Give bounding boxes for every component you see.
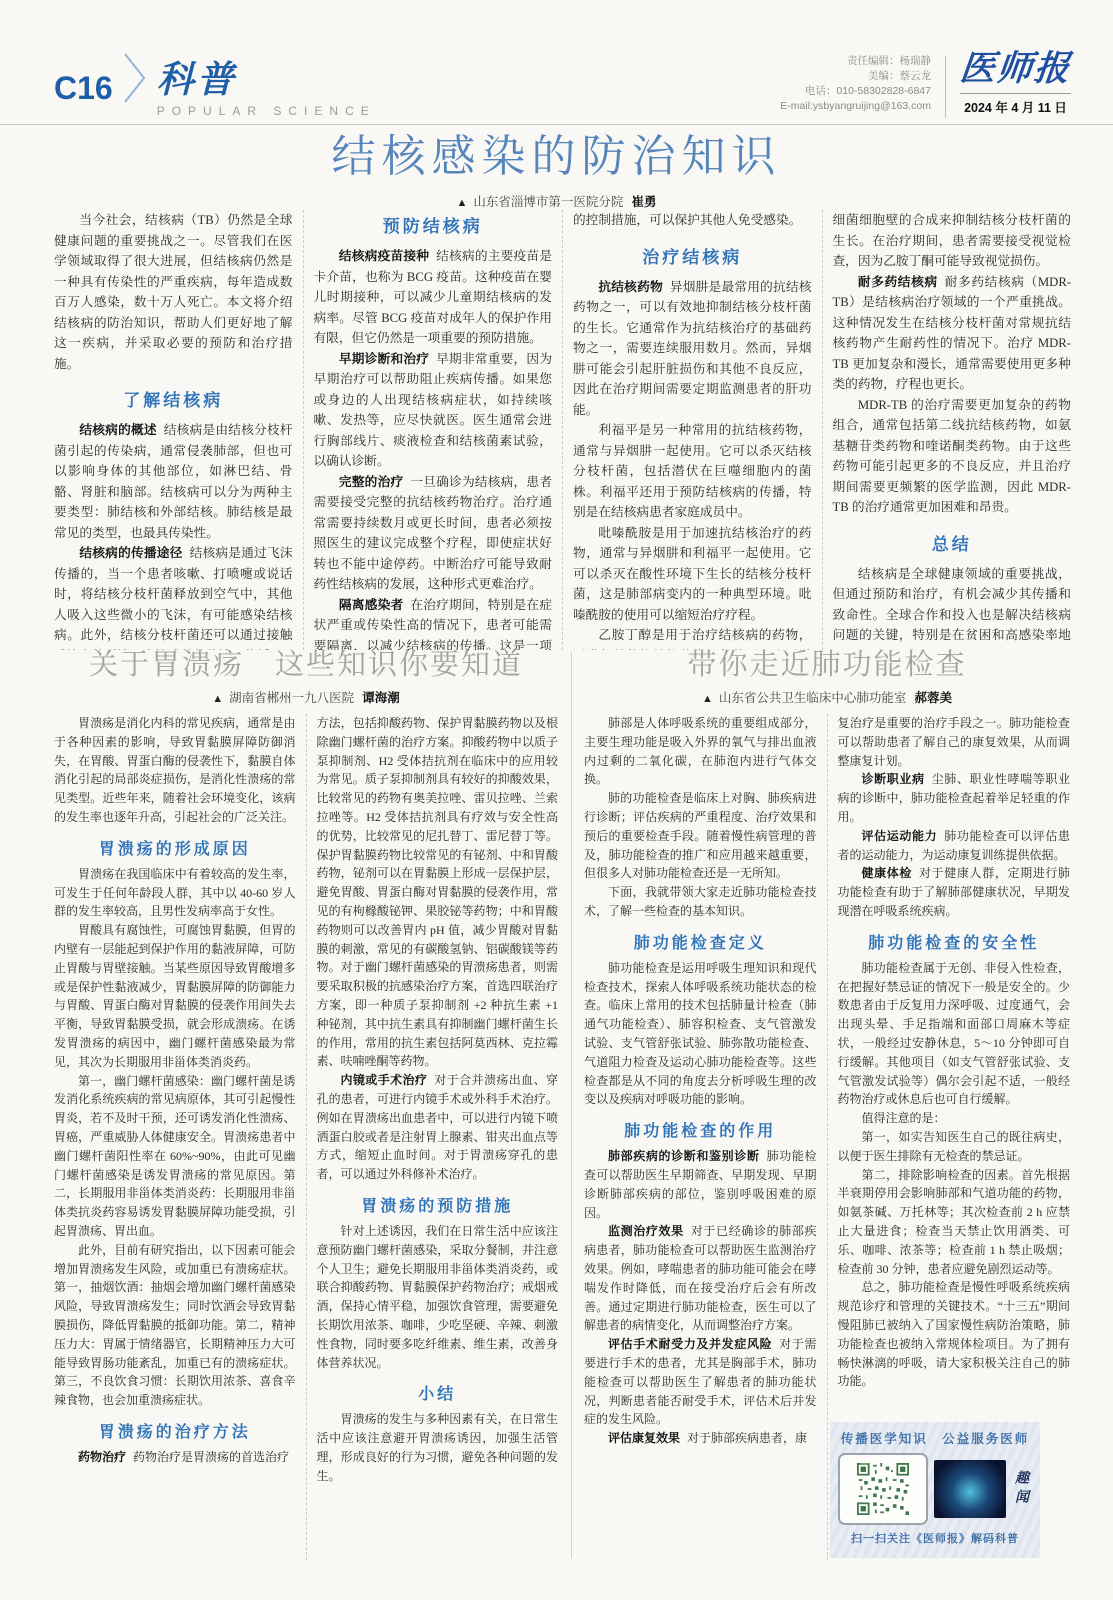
section-banner: C16 科普 POPULAR SCIENCE bbox=[54, 51, 376, 118]
paragraph-lead: 隔离感染者 bbox=[339, 598, 403, 612]
paragraph: 评估康复效果对于肺部疾病患者，康 bbox=[584, 1429, 817, 1448]
paragraph: 胃溃疡的发生与多种因素有关，在日常生活中应该注意避开胃溃疡诱因，加强生活管理，形… bbox=[317, 1410, 559, 1485]
paragraph: 耐多药结核病耐多药结核病（MDR-TB）是结核病治疗领域的一个严重挑战。这种情况… bbox=[833, 272, 1072, 395]
article-lung-header: 带你走近肺功能检查 ▲山东省公共卫生临床中心肺功能室郝蓉美 bbox=[584, 650, 1070, 706]
section-heading: 肺功能检查的安全性 bbox=[838, 930, 1071, 953]
phone-line: 电话：010-58302828-6847 bbox=[780, 84, 931, 99]
paragraph-lead: 结核病的传播途径 bbox=[79, 546, 182, 560]
article-lung-byline: ▲山东省公共卫生临床中心肺功能室郝蓉美 bbox=[584, 688, 1070, 706]
paragraph: 吡嗪酰胺是用于加速抗结核治疗的药物，通常与异烟肼和利福平一起使用。它可以杀灭在酸… bbox=[573, 523, 812, 626]
masthead-block: 责任编辑：杨瑞静 美编：蔡云龙 电话：010-58302828-6847 E-m… bbox=[780, 51, 1071, 118]
chevron-icon bbox=[123, 51, 147, 118]
video-thumbnail bbox=[934, 1460, 1006, 1518]
byline-triangle-icon: ▲ bbox=[457, 197, 468, 209]
paragraph: 胃溃疡是消化内科的常见疾病，通常是由于各种因素的影响，导致胃黏膜屏障防御消失，在… bbox=[54, 714, 296, 827]
paragraph: 胃酸具有腐蚀性，可腐蚀胃黏膜，但胃的内壁有一层能起到保护作用的黏液屏障，可防止胃… bbox=[54, 921, 296, 1071]
section-heading: 预防结核病 bbox=[314, 212, 553, 237]
text-column: 当今社会，结核病（TB）仍然是全球健康问题的重要挑战之一。尽管我们在医学领域取得… bbox=[54, 210, 293, 650]
header-divider bbox=[945, 56, 946, 118]
section-heading: 胃溃疡的治疗方法 bbox=[54, 1419, 296, 1442]
paragraph-lead: 监测治疗效果 bbox=[608, 1224, 684, 1238]
paragraph: 总之，肺功能检查是慢性呼吸系统疾病规范诊疗和管理的关键技术。“十三五”期间慢阻肺… bbox=[838, 1278, 1071, 1391]
paragraph: 第一，如实告知医生自己的既往病史，以便于医生排除有无检查的禁忌证。 bbox=[838, 1128, 1071, 1166]
byline-triangle-icon: ▲ bbox=[212, 693, 223, 705]
paragraph: 结核病是全球健康领域的重要挑战，但通过预防和治疗，有机会减少其传播和致命性。全球… bbox=[833, 564, 1072, 651]
paragraph-lead: 抗结核药物 bbox=[598, 280, 662, 294]
byline-author: 谭海潮 bbox=[362, 691, 400, 705]
paragraph: 健康体检对于健康人群，定期进行肺功能检查有助于了解肺部健康状况，早期发现潜在呼吸… bbox=[838, 864, 1071, 920]
paragraph: 肺部疾病的诊断和鉴别诊断肺功能检查可以帮助医生早期筛查、早期发现、早期诊断肺部疾… bbox=[584, 1147, 817, 1222]
qr-frame bbox=[838, 1453, 928, 1525]
paragraph: 结核病的概述结核病是由结核分枝杆菌引起的传染病，通常侵袭肺部，但也可以影响身体的… bbox=[54, 420, 293, 543]
paragraph-lead: 评估康复效果 bbox=[608, 1431, 680, 1445]
article-ulcer-body: 胃溃疡是消化内科的常见疾病，通常是由于各种因素的影响，导致胃黏膜屏障防御消失，在… bbox=[54, 714, 558, 1560]
paragraph-lead: 耐多药结核病 bbox=[858, 275, 938, 289]
header-rule bbox=[0, 124, 1113, 125]
paragraph-lead: 内镜或手术治疗 bbox=[341, 1073, 428, 1087]
section-heading: 了解结核病 bbox=[54, 386, 293, 411]
section-heading: 治疗结核病 bbox=[573, 243, 812, 268]
paragraph: 早期诊断和治疗早期非常重要，因为早期治疗可以帮助阻止疾病传播。如果您或身边的人出… bbox=[314, 349, 553, 472]
text-column: 预防结核病结核病疫苗接种结核病的主要疫苗是卡介苗，也称为 BCG 疫苗。这种疫苗… bbox=[303, 210, 553, 650]
paragraph: 肺部是人体呼吸系统的重要组成部分，主要生理功能是吸入外界的氧气与排出血液内过剩的… bbox=[584, 714, 817, 789]
paragraph-lead: 肺部疾病的诊断和鉴别诊断 bbox=[608, 1149, 760, 1163]
paragraph: 结核病的传播途径结核病是通过飞沫传播的，当一个患者咳嗽、打喷嚏或说话时，将结核分… bbox=[54, 543, 293, 650]
paragraph: 细菌细胞壁的合成来抑制结核分枝杆菌的生长。在治疗期间，患者需要接受视觉检查，因为… bbox=[833, 210, 1072, 272]
editor-line: 美编：蔡云龙 bbox=[780, 69, 931, 84]
paragraph: 评估手术耐受力及并发症风险对于需要进行手术的患者，尤其是胸部手术，肺功能检查可以… bbox=[584, 1335, 817, 1429]
text-column: 的控制措施，可以保护其他人免受感染。治疗结核病抗结核药物异烟肼是最常用的抗结核药… bbox=[562, 210, 812, 650]
paragraph-lead: 结核病的概述 bbox=[79, 423, 156, 437]
page-header: C16 科普 POPULAR SCIENCE 责任编辑：杨瑞静 美编：蔡云龙 电… bbox=[54, 48, 1071, 118]
byline-affiliation: 湖南省郴州一九八医院 bbox=[229, 691, 354, 705]
article-tb-byline: ▲山东省淄博市第一医院分院崔勇 bbox=[0, 192, 1113, 210]
paragraph: 乙胺丁醇是用于治疗结核病的药物，通常与其他抗结核药物一起使用。它通过干扰 bbox=[573, 625, 812, 650]
paragraph: 值得注意的是： bbox=[838, 1109, 1071, 1128]
text-column: 细菌细胞壁的合成来抑制结核分枝杆菌的生长。在治疗期间，患者需要接受视觉检查，因为… bbox=[822, 210, 1072, 650]
section-heading: 肺功能检查定义 bbox=[584, 930, 817, 953]
promo-side-label: 趣闻 bbox=[1012, 1470, 1032, 1508]
article-lung-title: 带你走近肺功能检查 bbox=[584, 650, 1070, 682]
byline-affiliation: 山东省淄博市第一医院分院 bbox=[473, 195, 623, 209]
paragraph: 此外，目前有研究指出，以下因素可能会增加胃溃疡发生风险，或加重已有溃疡症状。第一… bbox=[54, 1241, 296, 1410]
editor-info: 责任编辑：杨瑞静 美编：蔡云龙 电话：010-58302828-6847 E-m… bbox=[780, 54, 931, 118]
paragraph: 完整的治疗一旦确诊为结核病，患者需要接受完整的抗结核药物治疗。治疗通常需要持续数… bbox=[314, 472, 553, 595]
newspaper-logo: 医师报 bbox=[958, 51, 1073, 88]
paragraph: 方法，包括抑酸药物、保护胃黏膜药物以及根除幽门螺杆菌的治疗方案。抑酸药物中以质子… bbox=[317, 714, 559, 1071]
section-heading: 小结 bbox=[317, 1381, 559, 1404]
article-tb-title: 结核感染的防治知识 bbox=[0, 132, 1113, 183]
section-heading: 胃溃疡的形成原因 bbox=[54, 836, 296, 859]
paragraph: 当今社会，结核病（TB）仍然是全球健康问题的重要挑战之一。尽管我们在医学领域取得… bbox=[54, 210, 293, 374]
paragraph: 针对上述诱因，我们在日常生活中应该注意预防幽门螺杆菌感染，采取分餐制，并注意个人… bbox=[317, 1222, 559, 1372]
promo-caption: 扫一扫关注《医师报》解码科普 bbox=[836, 1530, 1034, 1546]
paragraph: 结核病疫苗接种结核病的主要疫苗是卡介苗，也称为 BCG 疫苗。这种疫苗在婴儿时期… bbox=[314, 246, 553, 349]
paragraph: 隔离感染者在治疗期间，特别是在症状严重或传染性高的情况下，患者可能需要隔离，以减… bbox=[314, 595, 553, 651]
paragraph: 药物治疗药物治疗是胃溃疡的首选治疗 bbox=[54, 1448, 296, 1467]
paragraph-lead: 评估运动能力 bbox=[862, 829, 938, 843]
paragraph-lead: 诊断职业病 bbox=[862, 772, 925, 786]
byline-author: 郝蓉美 bbox=[914, 691, 952, 705]
paragraph-lead: 健康体检 bbox=[862, 866, 913, 880]
paragraph: 胃溃疡在我国临床中有着较高的发生率，可发生于任何年龄段人群，其中以 40-60 … bbox=[54, 865, 296, 921]
paragraph: 第二，排除影响检查的因素。首先根据半衰期停用会影响肺部和气道功能的药物，如氨茶碱… bbox=[838, 1166, 1071, 1279]
newspaper-logo-block: 医师报 2024 年 4 月 11 日 bbox=[960, 51, 1071, 118]
article-divider bbox=[571, 652, 572, 1558]
byline-triangle-icon: ▲ bbox=[702, 693, 713, 705]
paragraph: 监测治疗效果对于已经确诊的肺部疾病患者，肺功能检查可以帮助医生监测治疗效果。例如… bbox=[584, 1222, 817, 1335]
paragraph: 评估运动能力肺功能检查可以评估患者的运动能力，为运动康复训练提供依据。 bbox=[838, 827, 1071, 865]
paragraph: 复治疗是重要的治疗手段之一。肺功能检查可以帮助患者了解自己的康复效果，从而调整康… bbox=[838, 714, 1071, 770]
qr-code-icon bbox=[857, 1463, 909, 1515]
paragraph: 利福平是另一种常用的抗结核药物，通常与异烟肼一起使用。它可以杀灭结核分枝杆菌，包… bbox=[573, 420, 812, 523]
section-heading: 胃溃疡的预防措施 bbox=[317, 1193, 559, 1216]
paragraph: 肺的功能检查是临床上对胸、肺疾病进行诊断；评估疾病的严重程度、治疗效果和预后的重… bbox=[584, 789, 817, 883]
page-number: C16 bbox=[54, 72, 113, 118]
section-heading: 肺功能检查的作用 bbox=[584, 1118, 817, 1141]
editor-line: 责任编辑：杨瑞静 bbox=[780, 54, 931, 69]
paragraph: 内镜或手术治疗对于合并溃疡出血、穿孔的患者，可进行内镜手术或外科手术治疗。例如在… bbox=[317, 1071, 559, 1184]
email-line: E-mail:ysbyangruijing@163.com bbox=[780, 99, 931, 114]
text-column: 肺部是人体呼吸系统的重要组成部分，主要生理功能是吸入外界的氧气与排出血液内过剩的… bbox=[584, 714, 817, 1560]
publication-date: 2024 年 4 月 11 日 bbox=[960, 93, 1071, 116]
paragraph-lead: 评估手术耐受力及并发症风险 bbox=[608, 1337, 772, 1351]
article-tb-header: 结核感染的防治知识 ▲山东省淄博市第一医院分院崔勇 bbox=[0, 132, 1113, 210]
paragraph-lead: 结核病疫苗接种 bbox=[339, 249, 429, 263]
paragraph: 抗结核药物异烟肼是最常用的抗结核药物之一，可以有效地抑制结核分枝杆菌的生长。它通… bbox=[573, 277, 812, 421]
article-tb-body: 当今社会，结核病（TB）仍然是全球健康问题的重要挑战之一。尽管我们在医学领域取得… bbox=[54, 210, 1071, 650]
paragraph: 第一，幽门螺杆菌感染：幽门螺杆菌是诱发消化系统疾病的常见病原体，其可引起慢性胃炎… bbox=[54, 1072, 296, 1241]
text-column: 胃溃疡是消化内科的常见疾病，通常是由于各种因素的影响，导致胃黏膜屏障防御消失，在… bbox=[54, 714, 296, 1560]
section-name-block: 科普 POPULAR SCIENCE bbox=[157, 61, 376, 118]
byline-author: 崔勇 bbox=[631, 195, 656, 209]
promo-title: 传播医学知识 公益服务医师 bbox=[836, 1429, 1034, 1447]
paragraph: 肺功能检查属于无创、非侵入性检查，在把握好禁忌证的情况下一般是安全的。少数患者由… bbox=[838, 959, 1071, 1109]
paragraph-lead: 完整的治疗 bbox=[339, 475, 403, 489]
byline-affiliation: 山东省公共卫生临床中心肺功能室 bbox=[719, 691, 907, 705]
section-name-cn: 科普 bbox=[157, 61, 376, 98]
article-ulcer-byline: ▲湖南省郴州一九八医院谭海潮 bbox=[54, 688, 558, 706]
qr-promo-box: 传播医学知识 公益服务医师 bbox=[830, 1422, 1040, 1558]
paragraph-lead: 早期诊断和治疗 bbox=[339, 352, 429, 366]
article-ulcer-header: 关于胃溃疡 这些知识你要知道 ▲湖南省郴州一九八医院谭海潮 bbox=[54, 650, 558, 706]
section-heading: 总结 bbox=[833, 530, 1072, 555]
promo-content: 趣闻 bbox=[836, 1453, 1034, 1525]
text-column: 方法，包括抑酸药物、保护胃黏膜药物以及根除幽门螺杆菌的治疗方案。抑酸药物中以质子… bbox=[306, 714, 559, 1560]
paragraph-lead: 药物治疗 bbox=[78, 1450, 126, 1464]
article-ulcer-title: 关于胃溃疡 这些知识你要知道 bbox=[54, 650, 558, 682]
section-name-en: POPULAR SCIENCE bbox=[157, 104, 376, 118]
paragraph: 肺功能检查是运用呼吸生理知识和现代检查技术，探索人体呼吸系统功能状态的检查。临床… bbox=[584, 959, 817, 1109]
paragraph: 的控制措施，可以保护其他人免受感染。 bbox=[573, 210, 812, 231]
paragraph: 下面，我就带领大家走近肺功能检查技术，了解一些检查的基本知识。 bbox=[584, 883, 817, 921]
paragraph: MDR-TB 的治疗需要更加复杂的药物组合，通常包括第二线抗结核药物，如氨基糖苷… bbox=[833, 395, 1072, 518]
paragraph: 诊断职业病尘肺、职业性哮喘等职业病的诊断中，肺功能检查起着举足轻重的作用。 bbox=[838, 770, 1071, 826]
